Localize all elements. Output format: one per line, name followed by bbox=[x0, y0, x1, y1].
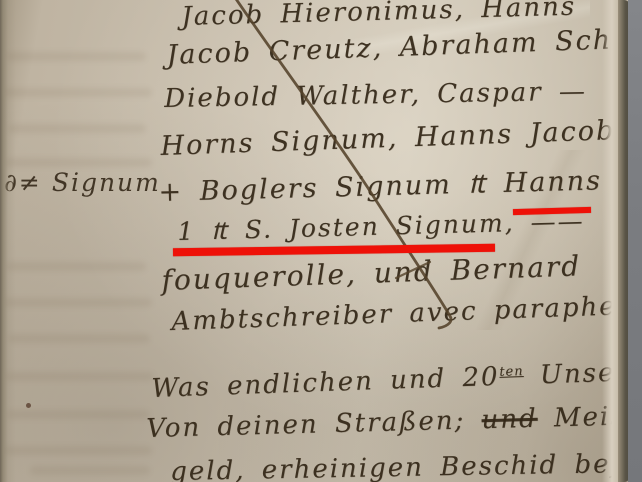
margin-signum-note: ∂≠ Signum bbox=[4, 168, 161, 197]
backdrop-strip bbox=[628, 0, 642, 482]
manuscript-line: + Boglers Signum ₶ Hanns bbox=[158, 160, 602, 209]
manuscript-line: Von deinen Straßen; und Meister- bbox=[146, 400, 642, 444]
manuscript-photo: Jacob Hieronimus, Hanns Jacob Creutz, Ab… bbox=[0, 0, 642, 482]
manuscript-line: Ambtschreiber avec paraphe. bbox=[171, 291, 627, 337]
manuscript-line: geld, erheinigen Beschid befrifft bbox=[170, 448, 642, 482]
superscript-insert: ten bbox=[499, 364, 524, 380]
line-text: Von deinen Straßen; bbox=[146, 405, 482, 444]
manuscript-line: Diebold Walther, Caspar — bbox=[164, 77, 587, 114]
struck-word: und bbox=[481, 404, 538, 435]
manuscript-line: Horns Signum, Hanns Jacob bbox=[160, 115, 616, 162]
manuscript-line: fouquerolle, und Bernard bbox=[161, 249, 582, 297]
line-text: Was endlichen und 20 bbox=[151, 362, 500, 404]
photo-left-edge bbox=[0, 0, 16, 482]
manuscript-line: Was endlichen und 20ten Unsern bbox=[151, 357, 642, 404]
ink-spot bbox=[26, 403, 31, 408]
